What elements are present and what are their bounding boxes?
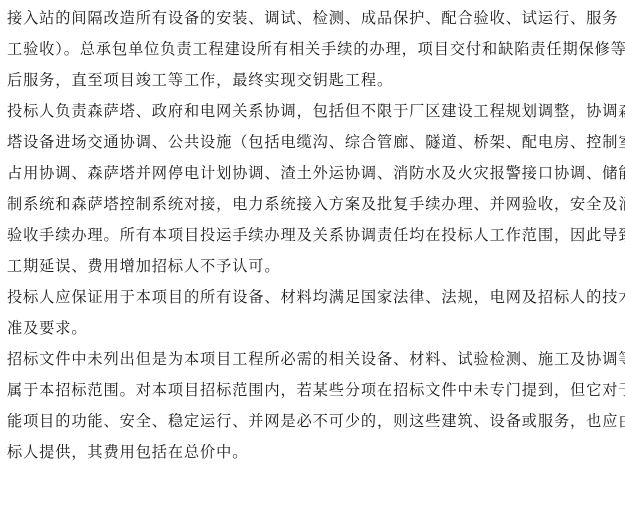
paragraph-standards: 投标人应保证用于本项目的所有设备、材料均满足国家法律、法规，电网及招标人的技术标…: [7, 282, 619, 344]
text-line: 接入站的间隔改造所有设备的安装、调试、检测、成品保护、配合验收、试运行、服务（含…: [7, 3, 619, 34]
text-line: 占用协调、森萨塔并网停电计划协调、渣土外运协调、消防水及火灾报警接口协调、储能控: [7, 158, 619, 189]
document-body: 接入站的间隔改造所有设备的安装、调试、检测、成品保护、配合验收、试运行、服务（含…: [7, 3, 619, 468]
text-line: 属于本招标范围。对本项目招标范围内，若某些分项在招标文件中未专门提到，但它对于储: [7, 375, 619, 406]
text-line: 验收手续办理。所有本项目投运手续办理及关系协调责任均在投标人工作范围，因此导致的: [7, 220, 619, 251]
paragraph-scope-installation: 接入站的间隔改造所有设备的安装、调试、检测、成品保护、配合验收、试运行、服务（含…: [7, 3, 619, 96]
paragraph-coordination: 投标人负责森萨塔、政府和电网关系协调，包括但不限于厂区建设工程规划调整，协调森萨…: [7, 96, 619, 282]
text-line: 准及要求。: [7, 313, 619, 344]
text-line: 投标人负责森萨塔、政府和电网关系协调，包括但不限于厂区建设工程规划调整，协调森萨: [7, 96, 619, 127]
text-line: 后服务，直至项目竣工等工作，最终实现交钥匙工程。: [7, 65, 619, 96]
text-line: 投标人应保证用于本项目的所有设备、材料均满足国家法律、法规，电网及招标人的技术标: [7, 282, 619, 313]
text-line: 能项目的功能、安全、稳定运行、并网是必不可少的，则这些建筑、设备或服务，也应由投: [7, 406, 619, 437]
text-line: 工验收）。总承包单位负责工程建设所有相关手续的办理，项目交付和缺陷责任期保修等售: [7, 34, 619, 65]
paragraph-scope-inclusions: 招标文件中未列出但是为本项目工程所必需的相关设备、材料、试验检测、施工及协调等均…: [7, 344, 619, 468]
text-line: 塔设备进场交通协调、公共设施（包括电缆沟、综合管廊、隧道、桥架、配电房、控制室等…: [7, 127, 619, 158]
text-line: 招标文件中未列出但是为本项目工程所必需的相关设备、材料、试验检测、施工及协调等均: [7, 344, 619, 375]
text-line: 标人提供，其费用包括在总价中。: [7, 437, 619, 468]
text-line: 工期延误、费用增加招标人不予认可。: [7, 251, 619, 282]
text-line: 制系统和森萨塔控制系统对接，电力系统接入方案及批复手续办理、并网验收，安全及消防: [7, 189, 619, 220]
